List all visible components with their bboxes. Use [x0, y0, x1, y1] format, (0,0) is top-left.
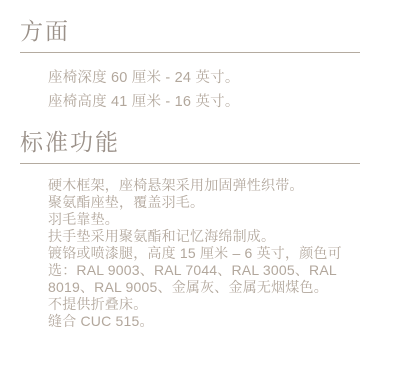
- list-item-line: 扶手垫采用聚氨酯和记忆海绵制成。: [48, 228, 360, 245]
- dimensions-list: 座椅深度 60 厘米 - 24 英寸。座椅高度 41 厘米 - 16 英寸。: [20, 66, 360, 114]
- product-spec-page: 方面 座椅深度 60 厘米 - 24 英寸。座椅高度 41 厘米 - 16 英寸…: [0, 0, 400, 330]
- standard-features-list: 硬木框架，座椅悬架采用加固弹性织带。聚氨酯座垫，覆盖羽毛。羽毛靠垫。扶手垫采用聚…: [20, 177, 360, 330]
- list-item-line: 聚氨酯座垫，覆盖羽毛。: [48, 194, 360, 211]
- dimensions-section-divider: [20, 52, 360, 53]
- list-item-line: 羽毛靠垫。: [48, 211, 360, 228]
- list-item-line: 选：RAL 9003、RAL 7044、RAL 3005、RAL: [48, 262, 360, 279]
- list-item-line: 缝合 CUC 515。: [48, 313, 360, 330]
- list-item-line: 镀铬或喷漆腿，高度 15 厘米 – 6 英寸，颜色可: [48, 245, 360, 262]
- list-item: 不提供折叠床。: [48, 296, 360, 313]
- list-item: 缝合 CUC 515。: [48, 313, 360, 330]
- list-item-line: 不提供折叠床。: [48, 296, 360, 313]
- list-item: 座椅高度 41 厘米 - 16 英寸。: [48, 90, 360, 114]
- list-item-line: 座椅深度 60 厘米 - 24 英寸。: [48, 66, 360, 90]
- list-item-line: 座椅高度 41 厘米 - 16 英寸。: [48, 90, 360, 114]
- standard-features-section-title: 标准功能: [20, 128, 360, 157]
- list-item: 镀铬或喷漆腿，高度 15 厘米 – 6 英寸，颜色可选：RAL 9003、RAL…: [48, 245, 360, 296]
- list-item-line: 硬木框架，座椅悬架采用加固弹性织带。: [48, 177, 360, 194]
- list-item: 扶手垫采用聚氨酯和记忆海绵制成。: [48, 228, 360, 245]
- list-item: 羽毛靠垫。: [48, 211, 360, 228]
- list-item: 座椅深度 60 厘米 - 24 英寸。: [48, 66, 360, 90]
- list-item-line: 8019、RAL 9005、金属灰、金属无烟煤色。: [48, 279, 360, 296]
- dimensions-section-title: 方面: [20, 17, 360, 46]
- standard-features-section-divider: [20, 163, 360, 164]
- list-item: 聚氨酯座垫，覆盖羽毛。: [48, 194, 360, 211]
- section-standard-features: 标准功能 硬木框架，座椅悬架采用加固弹性织带。聚氨酯座垫，覆盖羽毛。羽毛靠垫。扶…: [20, 128, 360, 330]
- section-dimensions: 方面 座椅深度 60 厘米 - 24 英寸。座椅高度 41 厘米 - 16 英寸…: [20, 17, 360, 114]
- list-item: 硬木框架，座椅悬架采用加固弹性织带。: [48, 177, 360, 194]
